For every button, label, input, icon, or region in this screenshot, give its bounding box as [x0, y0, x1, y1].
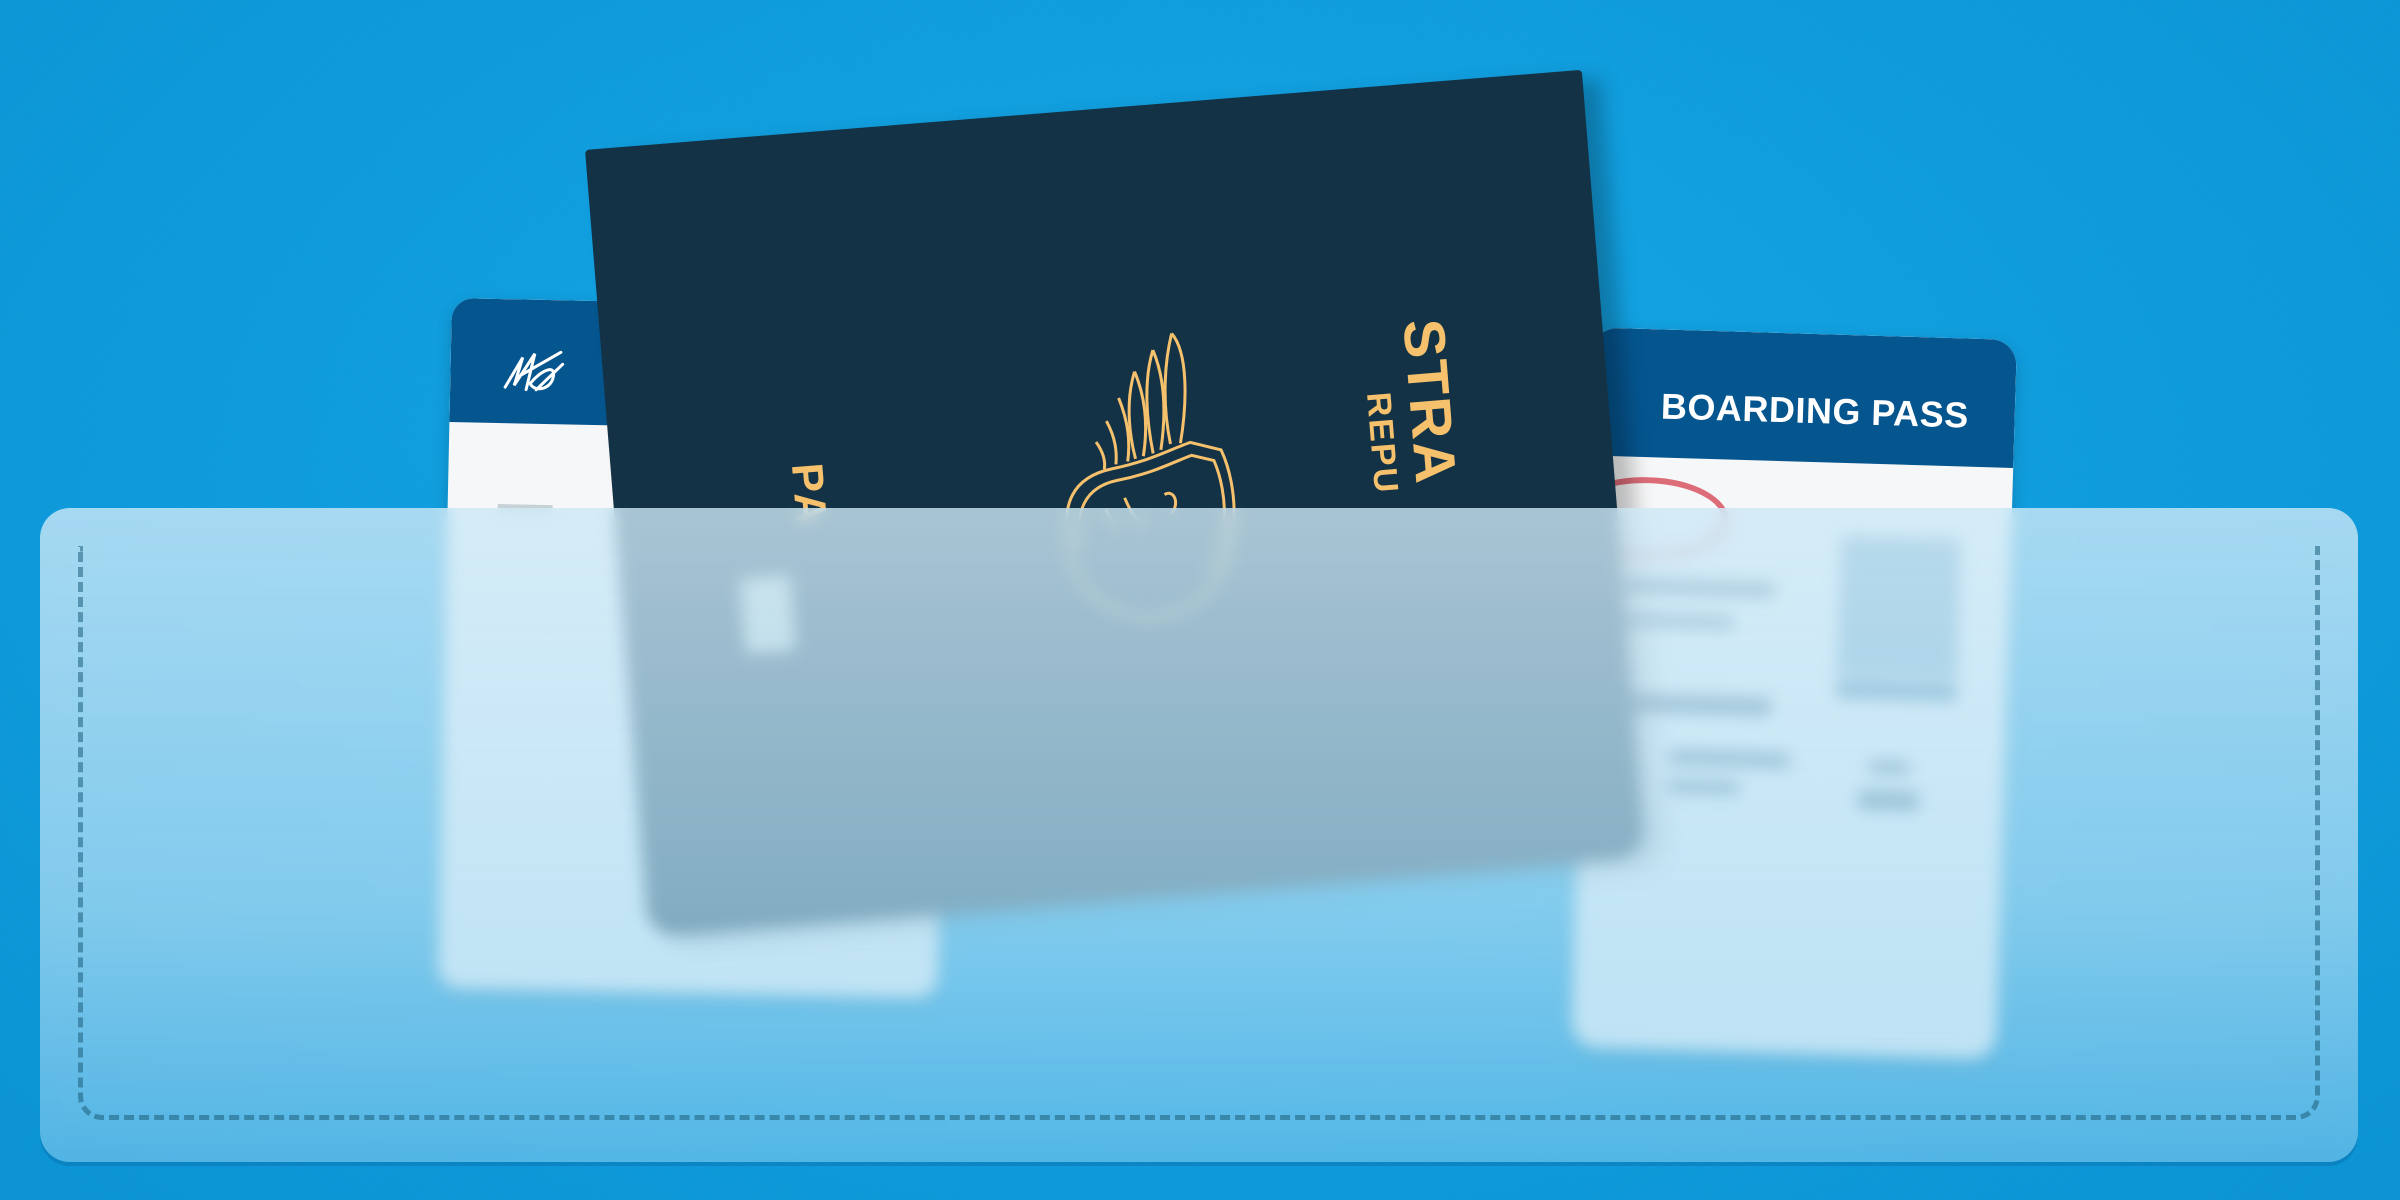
pocket-stitching — [78, 546, 2320, 1120]
boarding-pass-header: BOARDING PASS — [1588, 327, 2017, 468]
document-pocket — [40, 508, 2358, 1162]
signature-icon — [500, 339, 571, 400]
passport-republic: REPU — [1358, 391, 1405, 496]
boarding-pass-title: BOARDING PASS — [1660, 385, 1969, 436]
